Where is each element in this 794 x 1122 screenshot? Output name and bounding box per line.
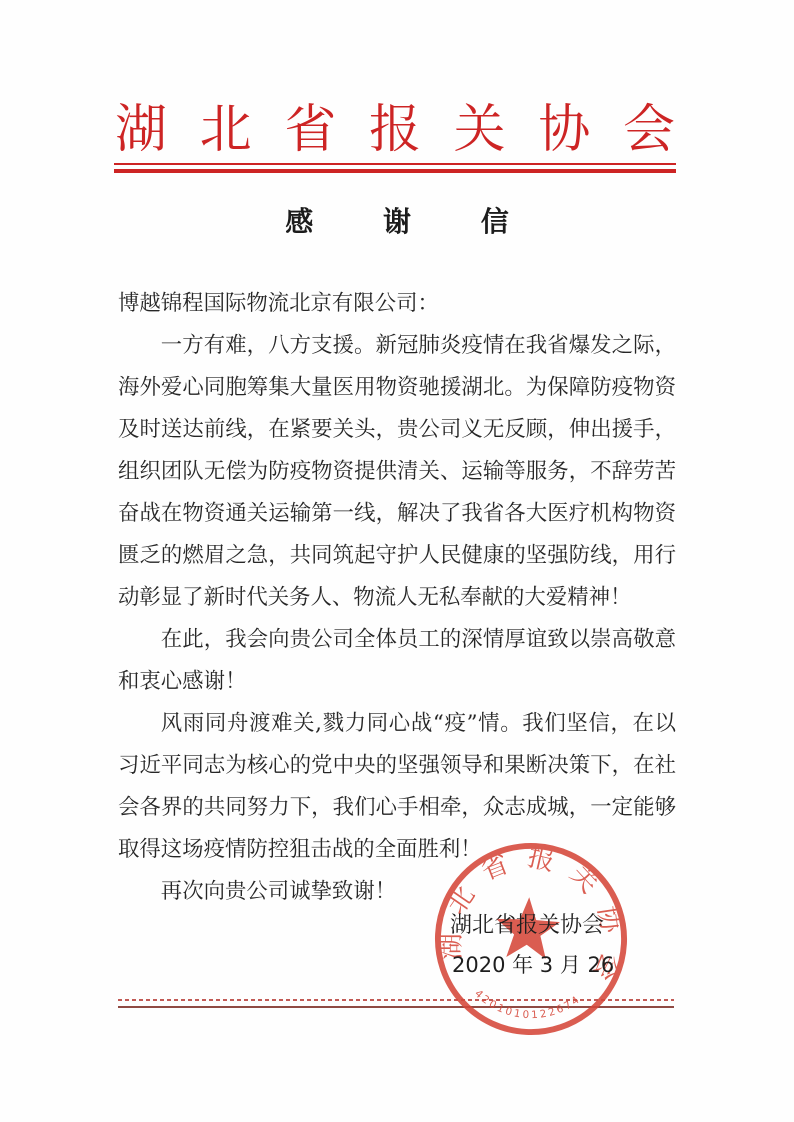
letter-page: 湖 北 省 报 关 协 会 感 谢 信 博越锦程国际物流北京有限公司： 一方有难… (0, 0, 794, 1122)
letter-heading: 感 谢 信 (0, 200, 794, 240)
letter-body: 博越锦程国际物流北京有限公司： 一方有难，八方支援。新冠肺炎疫情在我省爆发之际，… (118, 283, 676, 913)
paragraph-2: 在此，我会向贵公司全体员工的深情厚谊致以崇高敬意和衷心感谢！ (118, 619, 676, 703)
title-double-underline (114, 163, 676, 173)
letterhead-title: 湖 北 省 报 关 协 会 (115, 98, 675, 163)
signature-org: 湖北省报关协会 (450, 908, 604, 939)
paragraph-1: 一方有难，八方支援。新冠肺炎疫情在我省爆发之际，海外爱心同胞筹集大量医用物资驰援… (118, 325, 676, 619)
signature-date: 2020 年 3 月 26 (452, 949, 614, 979)
recipient-line: 博越锦程国际物流北京有限公司： (118, 283, 676, 325)
official-seal-stamp: 湖北省报关协会 4201010122674 (427, 835, 635, 1043)
